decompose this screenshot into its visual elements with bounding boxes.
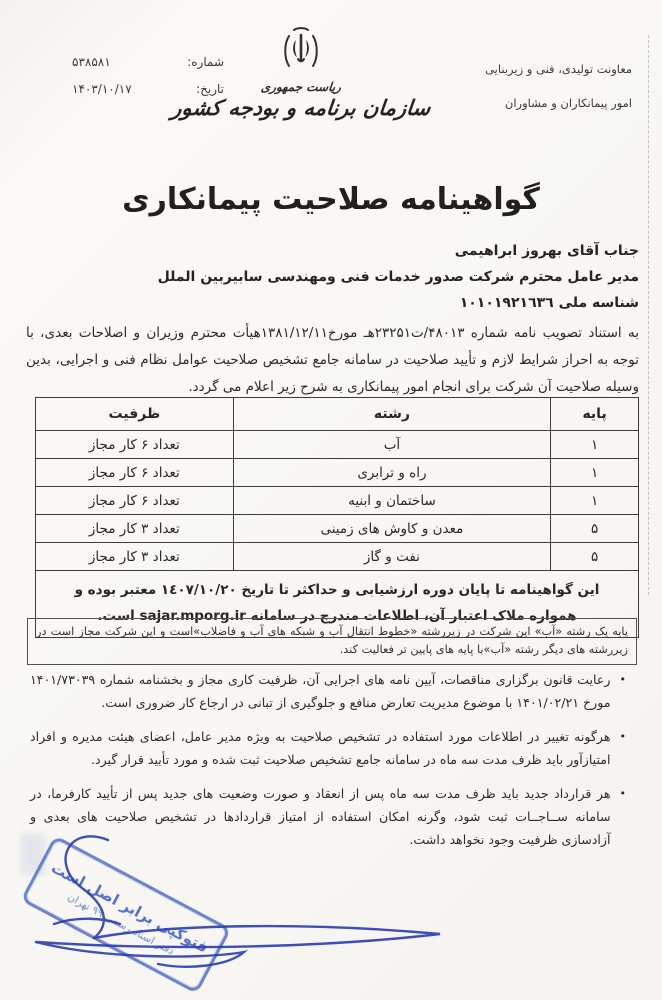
col-header-grade: پایه xyxy=(551,398,639,431)
table-row: ۵ معدن و کاوش های زمینی تعداد ۳ کار مجاز xyxy=(36,515,639,543)
cell-capacity: تعداد ۶ کار مجاز xyxy=(36,431,234,459)
document-date-row: تاریخ: ۱۴۰۳/۱۰/۱۷ xyxy=(72,82,224,96)
table-row: ۱ آب تعداد ۶ کار مجاز xyxy=(36,431,639,459)
date-value: ۱۴۰۳/۱۰/۱۷ xyxy=(72,82,132,96)
letterhead-number-date: شماره: ۵۳۸۵۸۱ تاریخ: ۱۴۰۳/۱۰/۱۷ xyxy=(72,55,224,109)
col-header-field: رشته xyxy=(233,398,550,431)
condition-text: رعایت قانون برگزاری مناقصات، آیین نامه ه… xyxy=(30,668,611,714)
table-header-row: پایه رشته ظرفیت xyxy=(36,398,639,431)
cell-field: ساختمان و ابنیه xyxy=(233,487,550,515)
table-row: ۵ نفت و گاز تعداد ۳ کار مجاز xyxy=(36,543,639,571)
qualifications-table: پایه رشته ظرفیت ۱ آب تعداد ۶ کار مجاز ۱ … xyxy=(35,397,639,638)
addressee-block: جناب آقای بهروز ابراهیمی مدیر عامل محترم… xyxy=(25,238,639,316)
list-item: • هر قرارداد جدید باید ظرف مدت سه ماه پس… xyxy=(30,782,626,851)
cell-field: نفت و گاز xyxy=(233,543,550,571)
cell-grade: ۵ xyxy=(551,515,639,543)
document-number-row: شماره: ۵۳۸۵۸۱ xyxy=(72,55,224,69)
cell-field: راه و ترابری xyxy=(233,459,550,487)
cell-grade: ۱ xyxy=(551,431,639,459)
bullet-icon: • xyxy=(620,725,627,771)
col-header-capacity: ظرفیت xyxy=(36,398,234,431)
addressee-national-id: شناسه ملی ۱۰۱۰۱۹۲۱٦۳٦ xyxy=(25,290,639,316)
conditions-list: • رعایت قانون برگزاری مناقصات، آیین نامه… xyxy=(30,668,626,862)
condition-text: هر قرارداد جدید باید ظرف مدت سه ماه پس ا… xyxy=(30,782,611,851)
bullet-icon: • xyxy=(620,668,627,714)
list-item: • هرگونه تغییر در اطلاعات مورد استفاده د… xyxy=(30,725,626,771)
table-row: ۱ ساختمان و ابنیه تعداد ۶ کار مجاز xyxy=(36,487,639,515)
cell-capacity: تعداد ۳ کار مجاز xyxy=(36,543,234,571)
cell-capacity: تعداد ۳ کار مجاز xyxy=(36,515,234,543)
cell-grade: ۵ xyxy=(551,543,639,571)
addressee-name: جناب آقای بهروز ابراهیمی xyxy=(25,238,639,264)
cell-grade: ۱ xyxy=(551,487,639,515)
list-item: • رعایت قانون برگزاری مناقصات، آیین نامه… xyxy=(30,668,626,714)
bullet-icon: • xyxy=(620,782,627,851)
scanned-certificate-page: معاونت تولیدی، فنی و زیربنایی امور پیمان… xyxy=(0,0,662,1000)
cell-field: معدن و کاوش های زمینی xyxy=(233,515,550,543)
certificate-title: گواهینامه صلاحیت پیمانکاری xyxy=(0,182,662,217)
cell-capacity: تعداد ۶ کار مجاز xyxy=(36,459,234,487)
cell-capacity: تعداد ۶ کار مجاز xyxy=(36,487,234,515)
cell-grade: ۱ xyxy=(551,459,639,487)
number-label: شماره: xyxy=(187,55,224,69)
condition-text: هرگونه تغییر در اطلاعات مورد استفاده در … xyxy=(30,725,611,771)
stamp-certified-copy-text: فتوکپی برابر اصل است xyxy=(48,859,211,957)
water-field-footnote: پایه یک رشته «آب» این شرکت در زیررشته «خ… xyxy=(27,618,637,665)
cell-field: آب xyxy=(233,431,550,459)
number-value: ۵۳۸۵۸۱ xyxy=(72,55,111,69)
addressee-role-company: مدیر عامل محترم شرکت صدور خدمات فنی ومهن… xyxy=(25,264,639,290)
certificate-body-paragraph: به استناد تصویب نامه شماره ۴۸۰۱۳/ت۲۳۲۵۱ه… xyxy=(26,320,639,401)
page-fold-dashed-line xyxy=(648,35,649,595)
date-label: تاریخ: xyxy=(196,82,224,96)
table-row: ۱ راه و ترابری تعداد ۶ کار مجاز xyxy=(36,459,639,487)
iran-emblem-icon xyxy=(281,26,321,78)
validity-line1: این گواهینامه تا پایان دوره ارزشیابی و ح… xyxy=(46,577,628,603)
